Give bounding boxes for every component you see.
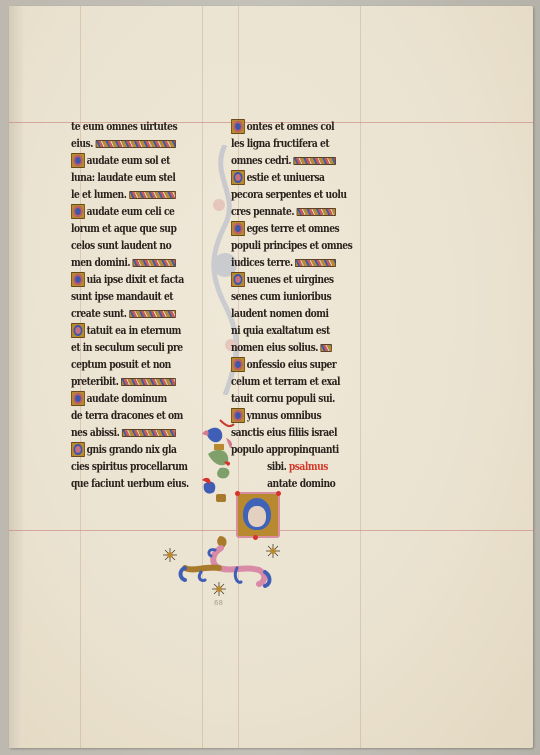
line-text: onfessio eius super <box>247 356 337 373</box>
line-text: eius. <box>71 135 93 152</box>
page-gutter <box>9 6 23 748</box>
line-text: estie et uniuersa <box>247 169 325 186</box>
line-filler-ornament <box>296 208 335 216</box>
text-line: antate domino <box>231 475 336 492</box>
line-text: te eum omnes uirtutes <box>71 118 177 135</box>
text-line: estie et uniuersa <box>231 169 336 186</box>
text-line: nomen eius solius. <box>231 339 336 356</box>
line-text: de terra dracones et om <box>71 407 183 424</box>
line-text: audate dominum <box>87 390 167 407</box>
text-line: preteribit. <box>71 373 176 390</box>
line-text: ymnus omnibus <box>247 407 322 424</box>
text-line: eius. <box>71 135 176 152</box>
line-text: ceptum posuit et non <box>71 356 171 373</box>
line-text: et in seculum seculi pre <box>71 339 183 356</box>
text-line: luna: laudate eum stel <box>71 169 176 186</box>
line-text: les ligna fructifera et <box>231 135 329 152</box>
text-line: create sunt. <box>71 305 176 322</box>
text-line: lorum et aque que sup <box>71 220 176 237</box>
line-text: senes cum iunioribus <box>231 288 331 305</box>
decorated-initial-I <box>71 442 85 457</box>
line-filler-ornament <box>129 310 176 318</box>
text-line: cies spiritus procellarum <box>71 458 176 475</box>
line-text: eges terre et omnes <box>247 220 340 237</box>
decorated-initial-C <box>231 357 245 372</box>
text-line: populo appropinquanti <box>231 441 336 458</box>
decorated-initial-L <box>71 204 85 219</box>
acanthus-border-vertical <box>200 418 240 508</box>
line-text: audate eum sol et <box>87 152 170 169</box>
text-line: uuenes et uirgines <box>231 271 336 288</box>
decorated-initial-S <box>71 323 85 338</box>
text-line: les ligna fructifera et <box>231 135 336 152</box>
line-filler-ornament <box>129 191 176 199</box>
line-text: cres pennate. <box>231 203 294 220</box>
line-text: tatuit ea in eternum <box>87 322 181 339</box>
text-line: audate dominum <box>71 390 176 407</box>
line-text: tauit cornu populi sui. <box>231 390 335 407</box>
line-text: create sunt. <box>71 305 127 322</box>
line-text: uuenes et uirgines <box>247 271 334 288</box>
line-filler-ornament <box>121 378 176 386</box>
line-text: nes abissi. <box>71 424 119 441</box>
text-line: uia ipse dixit et facta <box>71 271 176 288</box>
line-text: le et lumen. <box>71 186 126 203</box>
text-line: te eum omnes uirtutes <box>71 118 176 135</box>
line-text: uia ipse dixit et facta <box>87 271 184 288</box>
decorated-initial-R <box>231 221 245 236</box>
text-line: omnes cedri. <box>231 152 336 169</box>
text-line: de terra dracones et om <box>71 407 176 424</box>
line-text: ontes et omnes col <box>247 118 335 135</box>
text-line: celum et terram et exal <box>231 373 336 390</box>
line-filler-ornament <box>294 157 336 165</box>
text-line: laudent nomen domi <box>231 305 336 322</box>
text-line: eges terre et omnes <box>231 220 336 237</box>
line-text: iudices terre. <box>231 254 293 271</box>
text-line: ontes et omnes col <box>231 118 336 135</box>
text-line: le et lumen. <box>71 186 176 203</box>
line-text: celos sunt laudent no <box>71 237 171 254</box>
folio-number: 68 <box>214 599 223 607</box>
text-line: gnis grando nix gla <box>71 441 176 458</box>
text-line: tatuit ea in eternum <box>71 322 176 339</box>
text-line: que faciunt uerbum eius. <box>71 475 176 492</box>
ruling-line-v4 <box>360 6 361 748</box>
gold-spray-star-icon <box>266 544 280 558</box>
line-text: que faciunt uerbum eius. <box>71 475 189 492</box>
decorated-initial-I <box>231 272 245 287</box>
line-text: cies spiritus procellarum <box>71 458 188 475</box>
ruling-line-v2 <box>202 6 203 748</box>
gold-spray-star-icon <box>163 548 177 562</box>
decorated-initial-Q <box>71 272 85 287</box>
rubric-psalmus: psalmus <box>289 458 328 475</box>
line-text: gnis grando nix gla <box>87 441 177 458</box>
line-text: populo appropinquanti <box>231 441 339 458</box>
decorated-initial-B <box>231 170 245 185</box>
line-text: laudent nomen domi <box>231 305 329 322</box>
text-column-right: ontes et omnes col les ligna fructifera … <box>231 118 359 492</box>
text-line: ymnus omnibus <box>231 407 336 424</box>
line-text: nomen eius solius. <box>231 339 318 356</box>
text-line: men domini. <box>71 254 176 271</box>
text-line: populi principes et omnes <box>231 237 336 254</box>
line-filler-ornament <box>133 259 176 267</box>
line-text: sibi. <box>267 458 286 475</box>
line-text: sunt ipse mandauit et <box>71 288 173 305</box>
line-filler-ornament <box>295 259 336 267</box>
line-text: antate domino <box>267 475 335 492</box>
text-line: tauit cornu populi sui. <box>231 390 336 407</box>
line-filler-ornament <box>95 140 176 148</box>
text-line: ni quia exaltatum est <box>231 322 336 339</box>
line-text: men domini. <box>71 254 130 271</box>
gold-spray-star-icon <box>212 582 226 596</box>
line-text: audate eum celi ce <box>87 203 175 220</box>
line-text: omnes cedri. <box>231 152 291 169</box>
decorated-initial-L <box>71 391 85 406</box>
text-line: nes abissi. <box>71 424 176 441</box>
decorated-initial-L <box>71 153 85 168</box>
line-filler-ornament <box>122 429 176 437</box>
text-line: iudices terre. <box>231 254 336 271</box>
text-line: senes cum iunioribus <box>231 288 336 305</box>
text-line: sanctis eius filiis israel <box>231 424 336 441</box>
text-line: sunt ipse mandauit et <box>71 288 176 305</box>
line-text: sanctis eius filiis israel <box>231 424 337 441</box>
text-line: audate eum sol et <box>71 152 176 169</box>
line-text: luna: laudate eum stel <box>71 169 175 186</box>
text-line: onfessio eius super <box>231 356 336 373</box>
line-text: lorum et aque que sup <box>71 220 176 237</box>
text-line: cres pennate. <box>231 203 336 220</box>
text-line: ceptum posuit et non <box>71 356 176 373</box>
line-filler-ornament <box>320 344 331 352</box>
initial-corner-dot <box>276 491 281 496</box>
line-text: populi principes et omnes <box>231 237 352 254</box>
text-line: celos sunt laudent no <box>71 237 176 254</box>
text-line: sibi.psalmus <box>231 458 336 475</box>
line-text: preteribit. <box>71 373 118 390</box>
text-line: et in seculum seculi pre <box>71 339 176 356</box>
text-column-left: te eum omnes uirtutes eius. audate eum s… <box>71 118 199 492</box>
line-text: pecora serpentes et uolu <box>231 186 347 203</box>
decorated-initial-M <box>231 119 245 134</box>
text-line: audate eum celi ce <box>71 203 176 220</box>
line-text: ni quia exaltatum est <box>231 322 330 339</box>
historiated-initial-portrait <box>236 492 280 538</box>
line-text: celum et terram et exal <box>231 373 340 390</box>
portrait-face <box>248 506 266 527</box>
text-line: pecora serpentes et uolu <box>231 186 336 203</box>
